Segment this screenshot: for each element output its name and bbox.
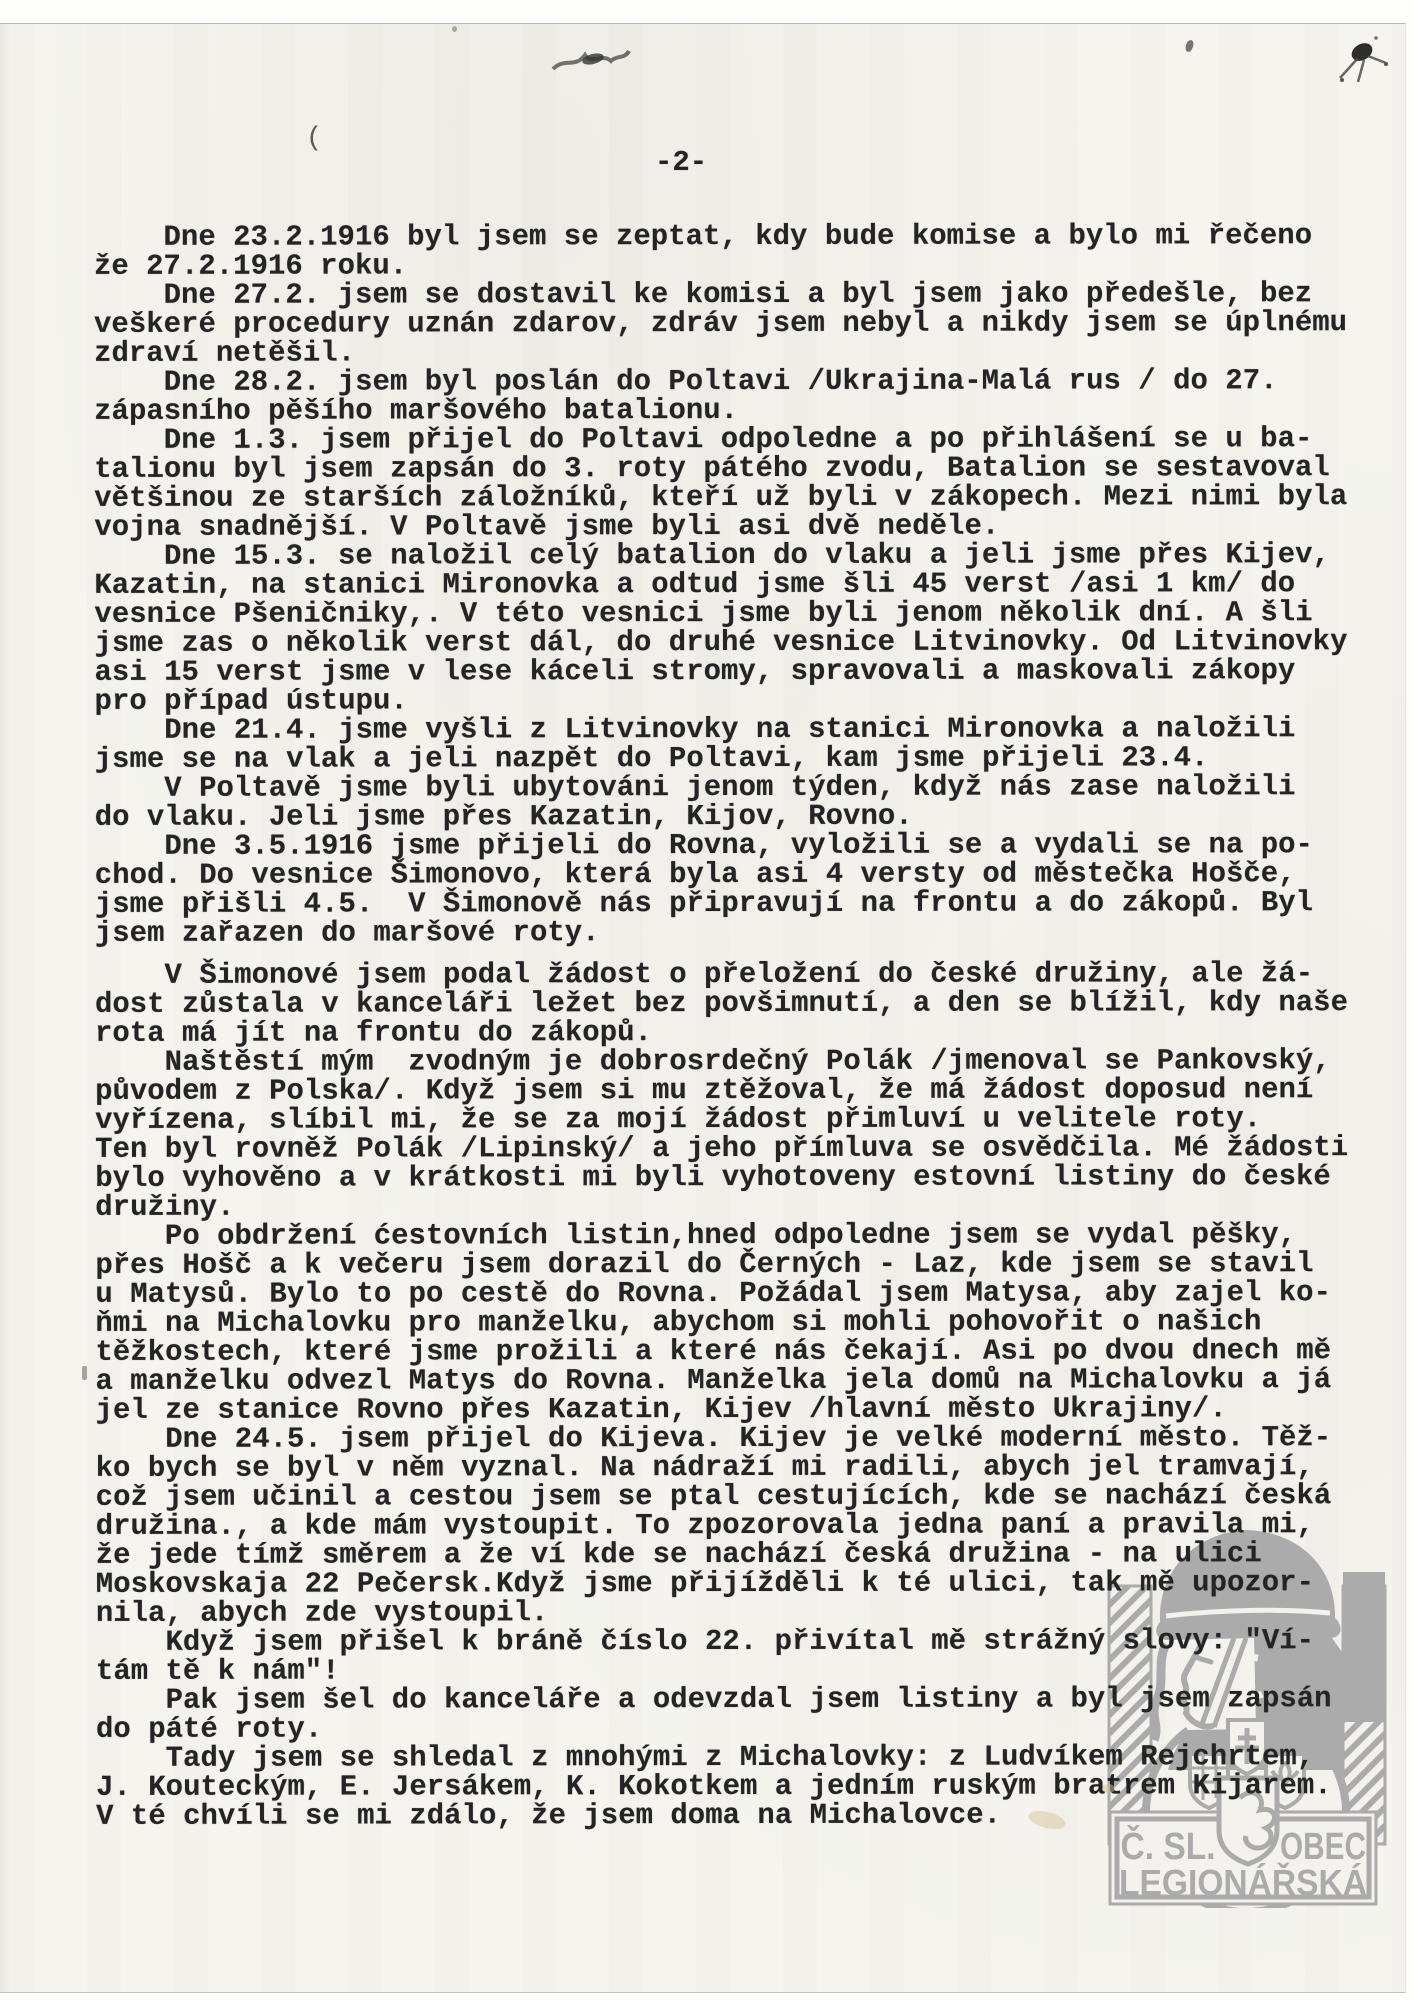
paragraph: Dne 1.3. jsem přijel do Poltavi odpoledn… bbox=[94, 424, 1374, 542]
paragraph: Dne 27.2. jsem se dostavil ke komisi a b… bbox=[94, 279, 1374, 368]
watermark-name-text: LEGIONÁŘSKÁ bbox=[1119, 1861, 1367, 1903]
ink-speck bbox=[452, 26, 457, 32]
paragraph: Dne 23.2.1916 byl jsem se zeptat, kdy bu… bbox=[94, 221, 1374, 281]
paragraph: Dne 24.5. jsem přijel do Kijeva. Kijev j… bbox=[96, 1423, 1376, 1628]
paragraph: Naštěstí mým zvodným je dobrosrdečný Pol… bbox=[95, 1046, 1375, 1222]
paragraph: Dne 28.2. jsem byl poslán do Poltavi /Uk… bbox=[94, 366, 1374, 426]
ink-speck bbox=[82, 1366, 87, 1380]
paragraph: Po obdržení ćestovních listin,hned odpol… bbox=[95, 1220, 1375, 1425]
ink-smudge bbox=[545, 38, 637, 80]
paragraph: Dne 3.5.1916 jsme přijeli do Rovna, vylo… bbox=[95, 830, 1375, 948]
paragraph: Když jsem přišel k bráně číslo 22. přiví… bbox=[96, 1626, 1376, 1686]
paragraph: Dne 21.4. jsme vyšli z Litvinovky na sta… bbox=[95, 714, 1375, 774]
stray-ink-mark: ( bbox=[306, 124, 322, 154]
page-number: -2- bbox=[655, 148, 707, 177]
paragraph: Tady jsem se shledal z mnohými z Michalo… bbox=[96, 1742, 1376, 1831]
paragraph: Dne 15.3. se naložil celý batalion do vl… bbox=[94, 540, 1374, 716]
paragraph: Pak jsem šel do kanceláře a odevzdal jse… bbox=[96, 1684, 1376, 1744]
paragraph: V Šimonové jsem podal žádost o přeložení… bbox=[95, 959, 1375, 1048]
paragraph: V Poltavě jsme byli ubytováni jenom týde… bbox=[95, 772, 1375, 832]
paper-stain bbox=[1102, 1784, 1115, 1793]
document-text: Dne 23.2.1916 byl jsem se zeptat, kdy bu… bbox=[94, 221, 1376, 1831]
ink-blot bbox=[1328, 26, 1408, 98]
